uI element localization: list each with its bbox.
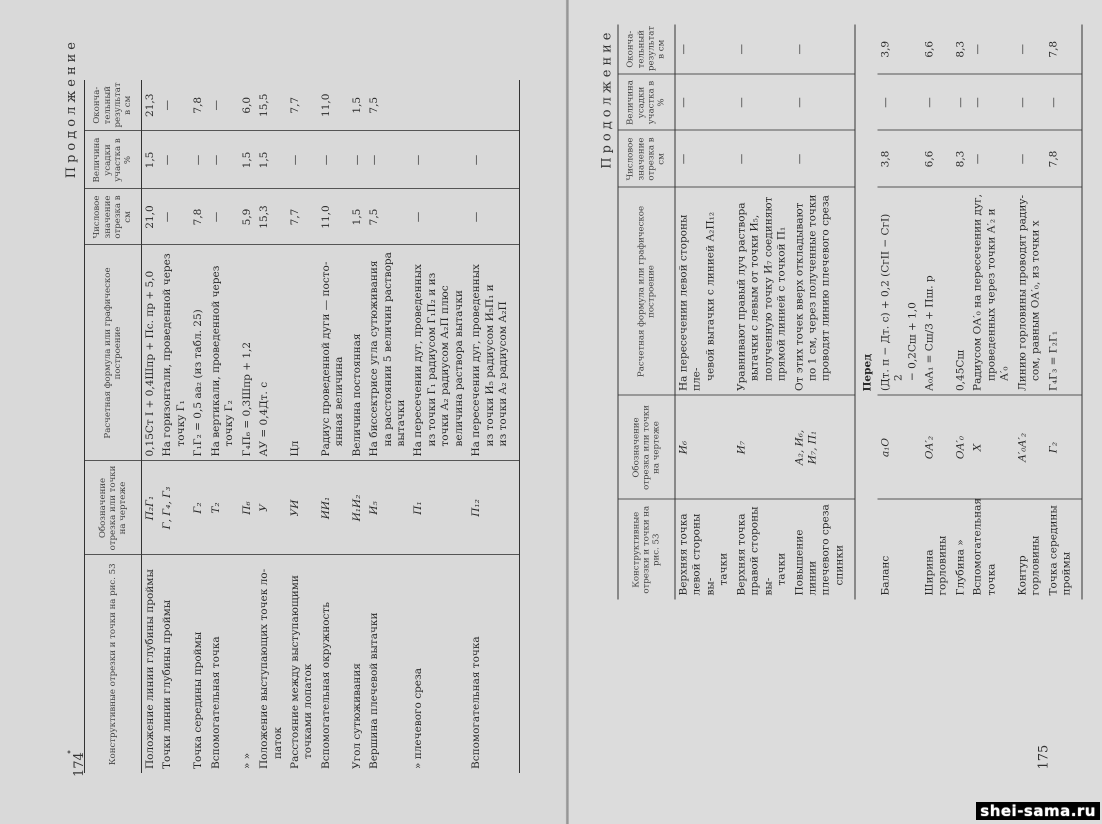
formula-cell: Радиусом ОА′₀ на пересечении дуг,проведе… (969, 188, 1013, 396)
segment-name-cell: Точки линии глубины проймы (159, 555, 190, 773)
segment-name-cell: Баланс (877, 500, 921, 600)
table-row: Контур горловиныА′₀А′₂Линию горловины пр… (1014, 25, 1045, 600)
result-cell: — (969, 25, 1013, 75)
result-cell: — (675, 25, 733, 75)
designation-cell: П₁₂ (468, 461, 519, 555)
result-cell (410, 80, 468, 131)
formula-cell: На биссектрисе угла сутюживанияна рассто… (366, 245, 410, 461)
value-cell: — (733, 131, 791, 188)
table-row: Вспомогательная окружностьИИ₁Радиус пров… (317, 80, 348, 773)
designation-cell: Х (969, 396, 1013, 500)
designation-cell: а₁О (877, 396, 921, 500)
table-row: Точки линии глубины проймыГ, Г₄, Г₃На го… (159, 80, 190, 773)
header-value: Числовое значение отрезка в см (84, 189, 141, 245)
shrinkage-cell: — (1045, 75, 1082, 131)
section-table-body: Баланса₁О(Дт. п − Дт. с) + 0,2 (СгII − С… (877, 25, 1082, 600)
table-row: Положение выступающих точек ло-патокУАУ … (256, 80, 287, 773)
shrinkage-cell: — (733, 75, 791, 131)
segment-name-cell: Положение линии глубины проймы (141, 555, 159, 773)
page-number: 175 (1036, 745, 1051, 770)
table-row: Вершина плечевой вытачкиИ₅На биссектрисе… (366, 80, 410, 773)
formula-cell: Цл (286, 245, 317, 461)
formula-cell: Г₁Г₂ = 0,5 аа₂ (из табл. 25) (190, 245, 207, 461)
construction-table: Конструктивные отрезки и точки на рис. 5… (617, 25, 1082, 600)
header-formula: Расчетная формула или графическое постро… (84, 245, 141, 461)
formula-cell: АУ = 0,4Дт. с (256, 245, 287, 461)
segment-name-cell: Повышение линии плечевого срезаспинки (791, 500, 855, 600)
table-header-row: Конструктивные отрезки и точки на рис. 5… (618, 25, 675, 600)
formula-cell: На пересечении дуг, проведенныхиз точки … (468, 245, 519, 461)
result-cell: 11,0 (317, 80, 348, 131)
table-row: Баланса₁О(Дт. п − Дт. с) + 0,2 (СгII − С… (877, 25, 921, 600)
value-cell: — (468, 189, 519, 245)
value-cell: 15,3 (256, 189, 287, 245)
designation-cell: УИ (286, 461, 317, 555)
designation-cell: П₆ (238, 461, 255, 555)
segment-name-cell: Верхняя точка правой стороны вы-тачки (733, 500, 791, 600)
shrinkage-cell: — (791, 75, 855, 131)
segment-name-cell: Точка середины проймы (190, 555, 207, 773)
shrinkage-cell: — (190, 131, 207, 189)
value-cell: — (791, 131, 855, 188)
site-watermark: shei-sama.ru (976, 802, 1100, 820)
table-body: Верхняя точка левой стороны вы-тачкиИ₆На… (675, 25, 855, 600)
value-cell: — (159, 189, 190, 245)
table-row: Расстояние между выступающимиточками лоп… (286, 80, 317, 773)
designation-cell: И₅ (366, 461, 410, 555)
table-row: Вспомогательная точкаХРадиусом ОА′₀ на п… (969, 25, 1013, 600)
shrinkage-cell: — (410, 131, 468, 189)
table-row: Вспомогательная точкаТ₂На вертикали, про… (207, 80, 238, 773)
designation-cell: ОА′₀ (952, 396, 969, 500)
segment-name-cell: Положение выступающих точек ло-паток (256, 555, 287, 773)
designation-cell: И₇ (733, 396, 791, 500)
designation-cell: А′₀А′₂ (1014, 396, 1045, 500)
result-cell: 7,8 (190, 80, 207, 131)
formula-cell: Величина постоянная (348, 245, 365, 461)
value-cell: 5,9 (238, 189, 255, 245)
result-cell: 6,6 (921, 25, 952, 75)
construction-table: Конструктивные отрезки и точки на рис. 5… (84, 80, 520, 773)
formula-cell: Линию горловины проводят радиу-сом, равн… (1014, 188, 1045, 396)
header-segments: Конструктивные отрезки и точки на рис. 5… (618, 500, 675, 600)
table-row: Верхняя точка левой стороны вы-тачкиИ₆На… (675, 25, 733, 600)
table-row: Ширина горловиныОА′₂А₀А₁ = Сш/3 + Пш. р6… (921, 25, 952, 600)
segment-name-cell: Вспомогательная точка (969, 500, 1013, 600)
section-heading-row: Перед (855, 25, 877, 600)
table-row: Положение линии глубины проймыП₂Г₁0,15Cт… (141, 80, 159, 773)
value-cell: 3,8 (877, 131, 921, 188)
result-cell: — (791, 25, 855, 75)
formula-cell: На горизонтали, проведенной черезточку Г… (159, 245, 190, 461)
section-heading-body: Перед (855, 25, 877, 600)
segment-name-cell: Верхняя точка левой стороны вы-тачки (675, 500, 733, 600)
continuation-caption: Продолжение (599, 29, 614, 169)
margin-mark: • (66, 748, 72, 759)
result-cell: 1,5 (348, 80, 365, 131)
result-cell: 7,8 (1045, 25, 1082, 75)
result-cell: 3,9 (877, 25, 921, 75)
shrinkage-cell: — (468, 131, 519, 189)
segment-name-cell: Расстояние между выступающимиточками лоп… (286, 555, 317, 773)
value-cell: — (969, 131, 1013, 188)
header-designation: Обозначение отрезка или точки на чертеже (84, 461, 141, 555)
header-formula: Расчетная формула или графическое постро… (618, 188, 675, 396)
header-segments: Конструктивные отрезки и точки на рис. 5… (84, 555, 141, 773)
designation-cell: И₆ (675, 396, 733, 500)
designation-cell: ОА′₂ (921, 396, 952, 500)
result-cell: 7,5 (366, 80, 410, 131)
table-row: » »П₆Г₄П₆ = 0,3Шпр + 1,25,91,56,0 (238, 80, 255, 773)
designation-cell: ИИ₁ (317, 461, 348, 555)
shrinkage-cell: — (348, 131, 365, 189)
value-cell: — (410, 189, 468, 245)
designation-cell: П₂Г₁ (141, 461, 159, 555)
value-cell: 1,5 (348, 189, 365, 245)
shrinkage-cell: — (159, 131, 190, 189)
right-page: Продолжение 175 Конструктивные отрезки и… (595, 25, 1055, 790)
table-row: Точка середины проймыГ₂Г₄Г₃ = Г₂Г₁7,8—7,… (1045, 25, 1082, 600)
segment-name-cell: Вершина плечевой вытачки (366, 555, 410, 773)
value-cell: — (675, 131, 733, 188)
value-cell: — (1014, 131, 1045, 188)
table-row: Повышение линии плечевого срезаспинкиА₂,… (791, 25, 855, 600)
designation-cell: А₂, И₆,И₇, П₁ (791, 396, 855, 500)
result-cell: 6,0 (238, 80, 255, 131)
value-cell: 11,0 (317, 189, 348, 245)
result-cell: 7,7 (286, 80, 317, 131)
shrinkage-cell: — (969, 75, 1013, 131)
shrinkage-cell: — (877, 75, 921, 131)
value-cell: 21,0 (141, 189, 159, 245)
result-cell: — (733, 25, 791, 75)
table-row: Вспомогательная точкаП₁₂На пересечении д… (468, 80, 519, 773)
designation-cell: Т₂ (207, 461, 238, 555)
table-row: Угол сутюживанияИ₁И₂Величина постоянная1… (348, 80, 365, 773)
result-cell: — (207, 80, 238, 131)
header-result: Оконча-тельный результат в см (84, 80, 141, 131)
table-row: » плечевого срезаП₁На пересечении дуг, п… (410, 80, 468, 773)
table-row: Глубина »ОА′₀0,45Сш8,3—8,3 (952, 25, 969, 600)
header-result: Оконча-тельный результат в см (618, 25, 675, 75)
value-cell: 8,3 (952, 131, 969, 188)
left-page: Продолжение 174 Конструктивные отрезки и… (62, 38, 525, 785)
formula-cell: На вертикали, проведенной черезточку Г₂ (207, 245, 238, 461)
result-cell: 21,3 (141, 80, 159, 131)
formula-cell: 0,45Сш (952, 188, 969, 396)
shrinkage-cell: 1,5 (256, 131, 287, 189)
segment-name-cell: Угол сутюживания (348, 555, 365, 773)
segment-name-cell: » » (238, 555, 255, 773)
formula-cell: Радиус проведенной дуги — посто-янная ве… (317, 245, 348, 461)
header-shrinkage: Величина усадки участка в % (84, 131, 141, 189)
result-cell: — (159, 80, 190, 131)
table-body: Положение линии глубины проймыП₂Г₁0,15Cт… (141, 80, 519, 773)
result-cell: 8,3 (952, 25, 969, 75)
shrinkage-cell: — (286, 131, 317, 189)
segment-name-cell: Вспомогательная окружность (317, 555, 348, 773)
value-cell: 7,7 (286, 189, 317, 245)
table-row: Точка середины проймыГ₂Г₁Г₂ = 0,5 аа₂ (и… (190, 80, 207, 773)
formula-cell: 0,15Cт I + 0,4Шпр + Пс. пр + 5,0 (141, 245, 159, 461)
shrinkage-cell: — (1014, 75, 1045, 131)
segment-name-cell: Ширина горловины (921, 500, 952, 600)
header-designation: Обозначение отрезка или точки на чертеже (618, 396, 675, 500)
designation-cell: Г₂ (190, 461, 207, 555)
designation-cell: Г, Г₄, Г₃ (159, 461, 190, 555)
designation-cell: Г₂ (1045, 396, 1082, 500)
shrinkage-cell: — (317, 131, 348, 189)
section-title: Перед (855, 188, 877, 396)
formula-cell: (Дт. п − Дт. с) + 0,2 (СгII − СгI) 2 − 0… (877, 188, 921, 396)
segment-name-cell: Глубина » (952, 500, 969, 600)
value-cell: 7,8 (1045, 131, 1082, 188)
formula-cell: А₀А₁ = Сш/3 + Пш. р (921, 188, 952, 396)
value-cell: 7,5 (366, 189, 410, 245)
shrinkage-cell: — (366, 131, 410, 189)
book-spine (565, 0, 569, 824)
segment-name-cell: Точка середины проймы (1045, 500, 1082, 600)
result-cell: 15,5 (256, 80, 287, 131)
formula-cell: От этих точек вверх откладываютпо 1 см, … (791, 188, 855, 396)
designation-cell: П₁ (410, 461, 468, 555)
designation-cell: У (256, 461, 287, 555)
result-cell: — (1014, 25, 1045, 75)
table-row: Верхняя точка правой стороны вы-тачкиИ₇У… (733, 25, 791, 600)
segment-name-cell: » плечевого среза (410, 555, 468, 773)
segment-name-cell: Вспомогательная точка (207, 555, 238, 773)
formula-cell: На пересечении дуг, проведенныхиз точки … (410, 245, 468, 461)
value-cell: — (207, 189, 238, 245)
shrinkage-cell: — (952, 75, 969, 131)
formula-cell: Г₄Г₃ = Г₂Г₁ (1045, 188, 1082, 396)
header-shrinkage: Величина усадки участка в % (618, 75, 675, 131)
result-cell (468, 80, 519, 131)
continuation-caption: Продолжение (64, 38, 79, 178)
formula-cell: Г₄П₆ = 0,3Шпр + 1,2 (238, 245, 255, 461)
formula-cell: Уравнивают правый луч растворавытачки с … (733, 188, 791, 396)
designation-cell: И₁И₂ (348, 461, 365, 555)
shrinkage-cell: — (921, 75, 952, 131)
table-header-row: Конструктивные отрезки и точки на рис. 5… (84, 80, 141, 773)
shrinkage-cell: 1,5 (238, 131, 255, 189)
shrinkage-cell: — (675, 75, 733, 131)
formula-cell: На пересечении левой стороны пле-чевой в… (675, 188, 733, 396)
segment-name-cell: Контур горловины (1014, 500, 1045, 600)
segment-name-cell: Вспомогательная точка (468, 555, 519, 773)
shrinkage-cell: — (207, 131, 238, 189)
value-cell: 6,6 (921, 131, 952, 188)
shrinkage-cell: 1,5 (141, 131, 159, 189)
value-cell: 7,8 (190, 189, 207, 245)
header-value: Числовое значение отрезка в см (618, 131, 675, 188)
